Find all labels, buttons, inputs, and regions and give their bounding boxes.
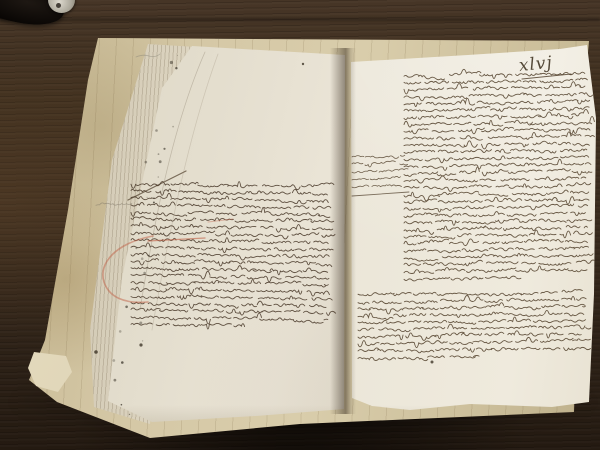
metal-disc-hole bbox=[56, 3, 61, 8]
manuscript-photo: xlvj bbox=[0, 0, 600, 450]
gutter-shadow bbox=[330, 48, 356, 414]
wood-grain-streak bbox=[0, 18, 600, 21]
